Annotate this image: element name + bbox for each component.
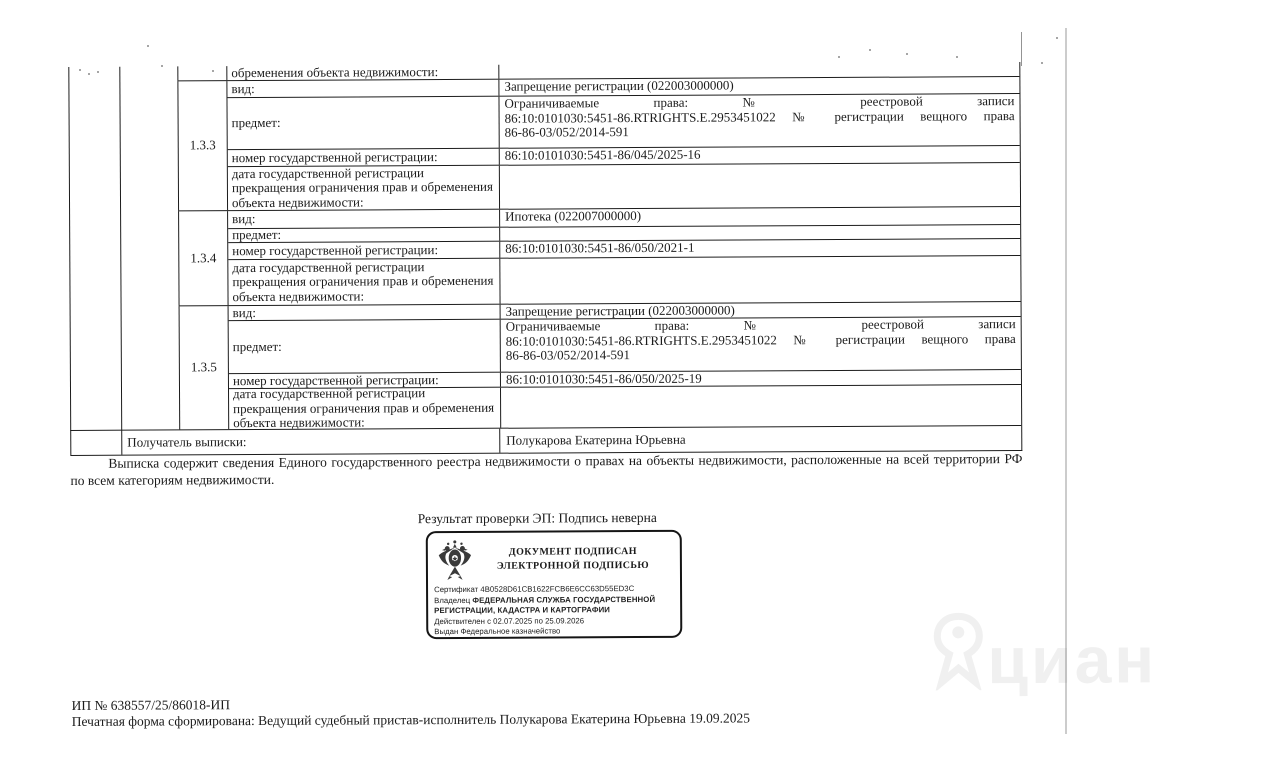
row-label: номер государственной регистрации: — [228, 149, 500, 166]
row-value: Ипотека (022007000000) — [500, 207, 1020, 227]
coat-of-arms-eagle-icon — [436, 538, 474, 582]
row-value: 86:10:0101030:5451-86/050/2025-19 — [501, 370, 1021, 387]
row-value — [499, 62, 1019, 79]
row-label: предмет: — [228, 228, 500, 242]
scan-speckle — [1056, 37, 1058, 39]
recipient-value: Полукарова Екатерина Юрьевна — [500, 426, 1021, 453]
recipient-label: Получатель выписки: — [122, 429, 500, 455]
group-number: 1.3.4 — [178, 211, 228, 305]
table-group-1-3-3: 1.3.3 вид: Запрещение регистрации (02200… — [68, 77, 1020, 212]
row-label: номер государственной регистрации: — [228, 242, 500, 259]
scan-speckle — [161, 65, 163, 67]
row-value: 86:10:0101030:5451-86/050/2021-1 — [500, 239, 1020, 258]
scan-speckle — [1041, 62, 1043, 64]
row-label: вид: — [229, 305, 501, 320]
cian-watermark: циан — [929, 609, 1157, 690]
stamp-details: Сертификат 4B0528D61CB1622FCB6E6CC63D55E… — [434, 584, 672, 638]
row-label: дата государственной регистрации прекращ… — [228, 259, 500, 305]
row-value: 86:10:0101030:5451-86/045/2025-16 — [500, 146, 1020, 165]
row-label: дата государственной регистрации прекращ… — [229, 388, 501, 429]
scan-speckle — [147, 45, 149, 47]
group-number: 1.3.5 — [179, 306, 230, 429]
stamp-issuer: Выдан Федеральное казначейство — [434, 626, 672, 638]
row-label: вид: — [228, 210, 500, 228]
row-value: Ограничиваемые права: № реестровой запис… — [499, 94, 1019, 148]
group-number: 1.3.3 — [177, 81, 228, 210]
scan-speckle — [906, 53, 908, 55]
scan-speckle — [88, 73, 90, 75]
row-label: предмет: — [227, 97, 499, 149]
row-value — [500, 256, 1020, 304]
row-value: Ограничиваемые права: № реестровой запис… — [501, 317, 1021, 372]
row-value — [500, 225, 1020, 241]
extract-note: Выписка содержит сведения Единого госуда… — [70, 450, 1022, 490]
row-label: дата государственной регистрации прекращ… — [228, 166, 500, 210]
scan-speckle — [97, 71, 99, 73]
row-label: обременения объекта недвижимости: — [227, 65, 499, 80]
formed-by-line: Печатная форма сформирована: Ведущий суд… — [72, 711, 750, 731]
row-label: вид: — [227, 80, 499, 97]
document-page: обременения объекта недвижимости: 1.3.3 … — [0, 0, 1280, 777]
table-group-1-3-4: 1.3.4 вид: Ипотека (022007000000) предме… — [69, 207, 1020, 307]
row-value — [500, 163, 1020, 209]
document-footer: ИП № 638557/25/86018-ИП Печатная форма с… — [72, 694, 750, 730]
scan-speckle — [838, 56, 840, 58]
table-group-1-3-5: 1.3.5 вид: Запрещение регистрации (02200… — [70, 302, 1022, 430]
scan-artifact-line — [1065, 28, 1067, 734]
scan-speckle — [212, 70, 214, 72]
row-value — [501, 385, 1021, 428]
scan-artifact-border-stub — [1021, 32, 1022, 66]
signature-check-result: Результат проверки ЭП: Подпись неверна — [418, 510, 657, 527]
registry-table: обременения объекта недвижимости: 1.3.3 … — [68, 62, 1022, 456]
scan-speckle — [79, 69, 81, 71]
scan-speckle — [869, 49, 871, 51]
scan-speckle — [956, 56, 958, 58]
stamp-owner: Владелец ФЕДЕРАЛЬНАЯ СЛУЖБА ГОСУДАРСТВЕН… — [434, 594, 672, 616]
digital-signature-stamp: ДОКУМЕНТ ПОДПИСАН ЭЛЕКТРОННОЙ ПОДПИСЬЮ С… — [426, 530, 683, 639]
stamp-title: ДОКУМЕНТ ПОДПИСАН ЭЛЕКТРОННОЙ ПОДПИСЬЮ — [474, 544, 672, 574]
cian-watermark-text: циан — [987, 630, 1157, 690]
cian-pin-icon — [929, 610, 987, 690]
row-label: предмет: — [229, 320, 501, 373]
